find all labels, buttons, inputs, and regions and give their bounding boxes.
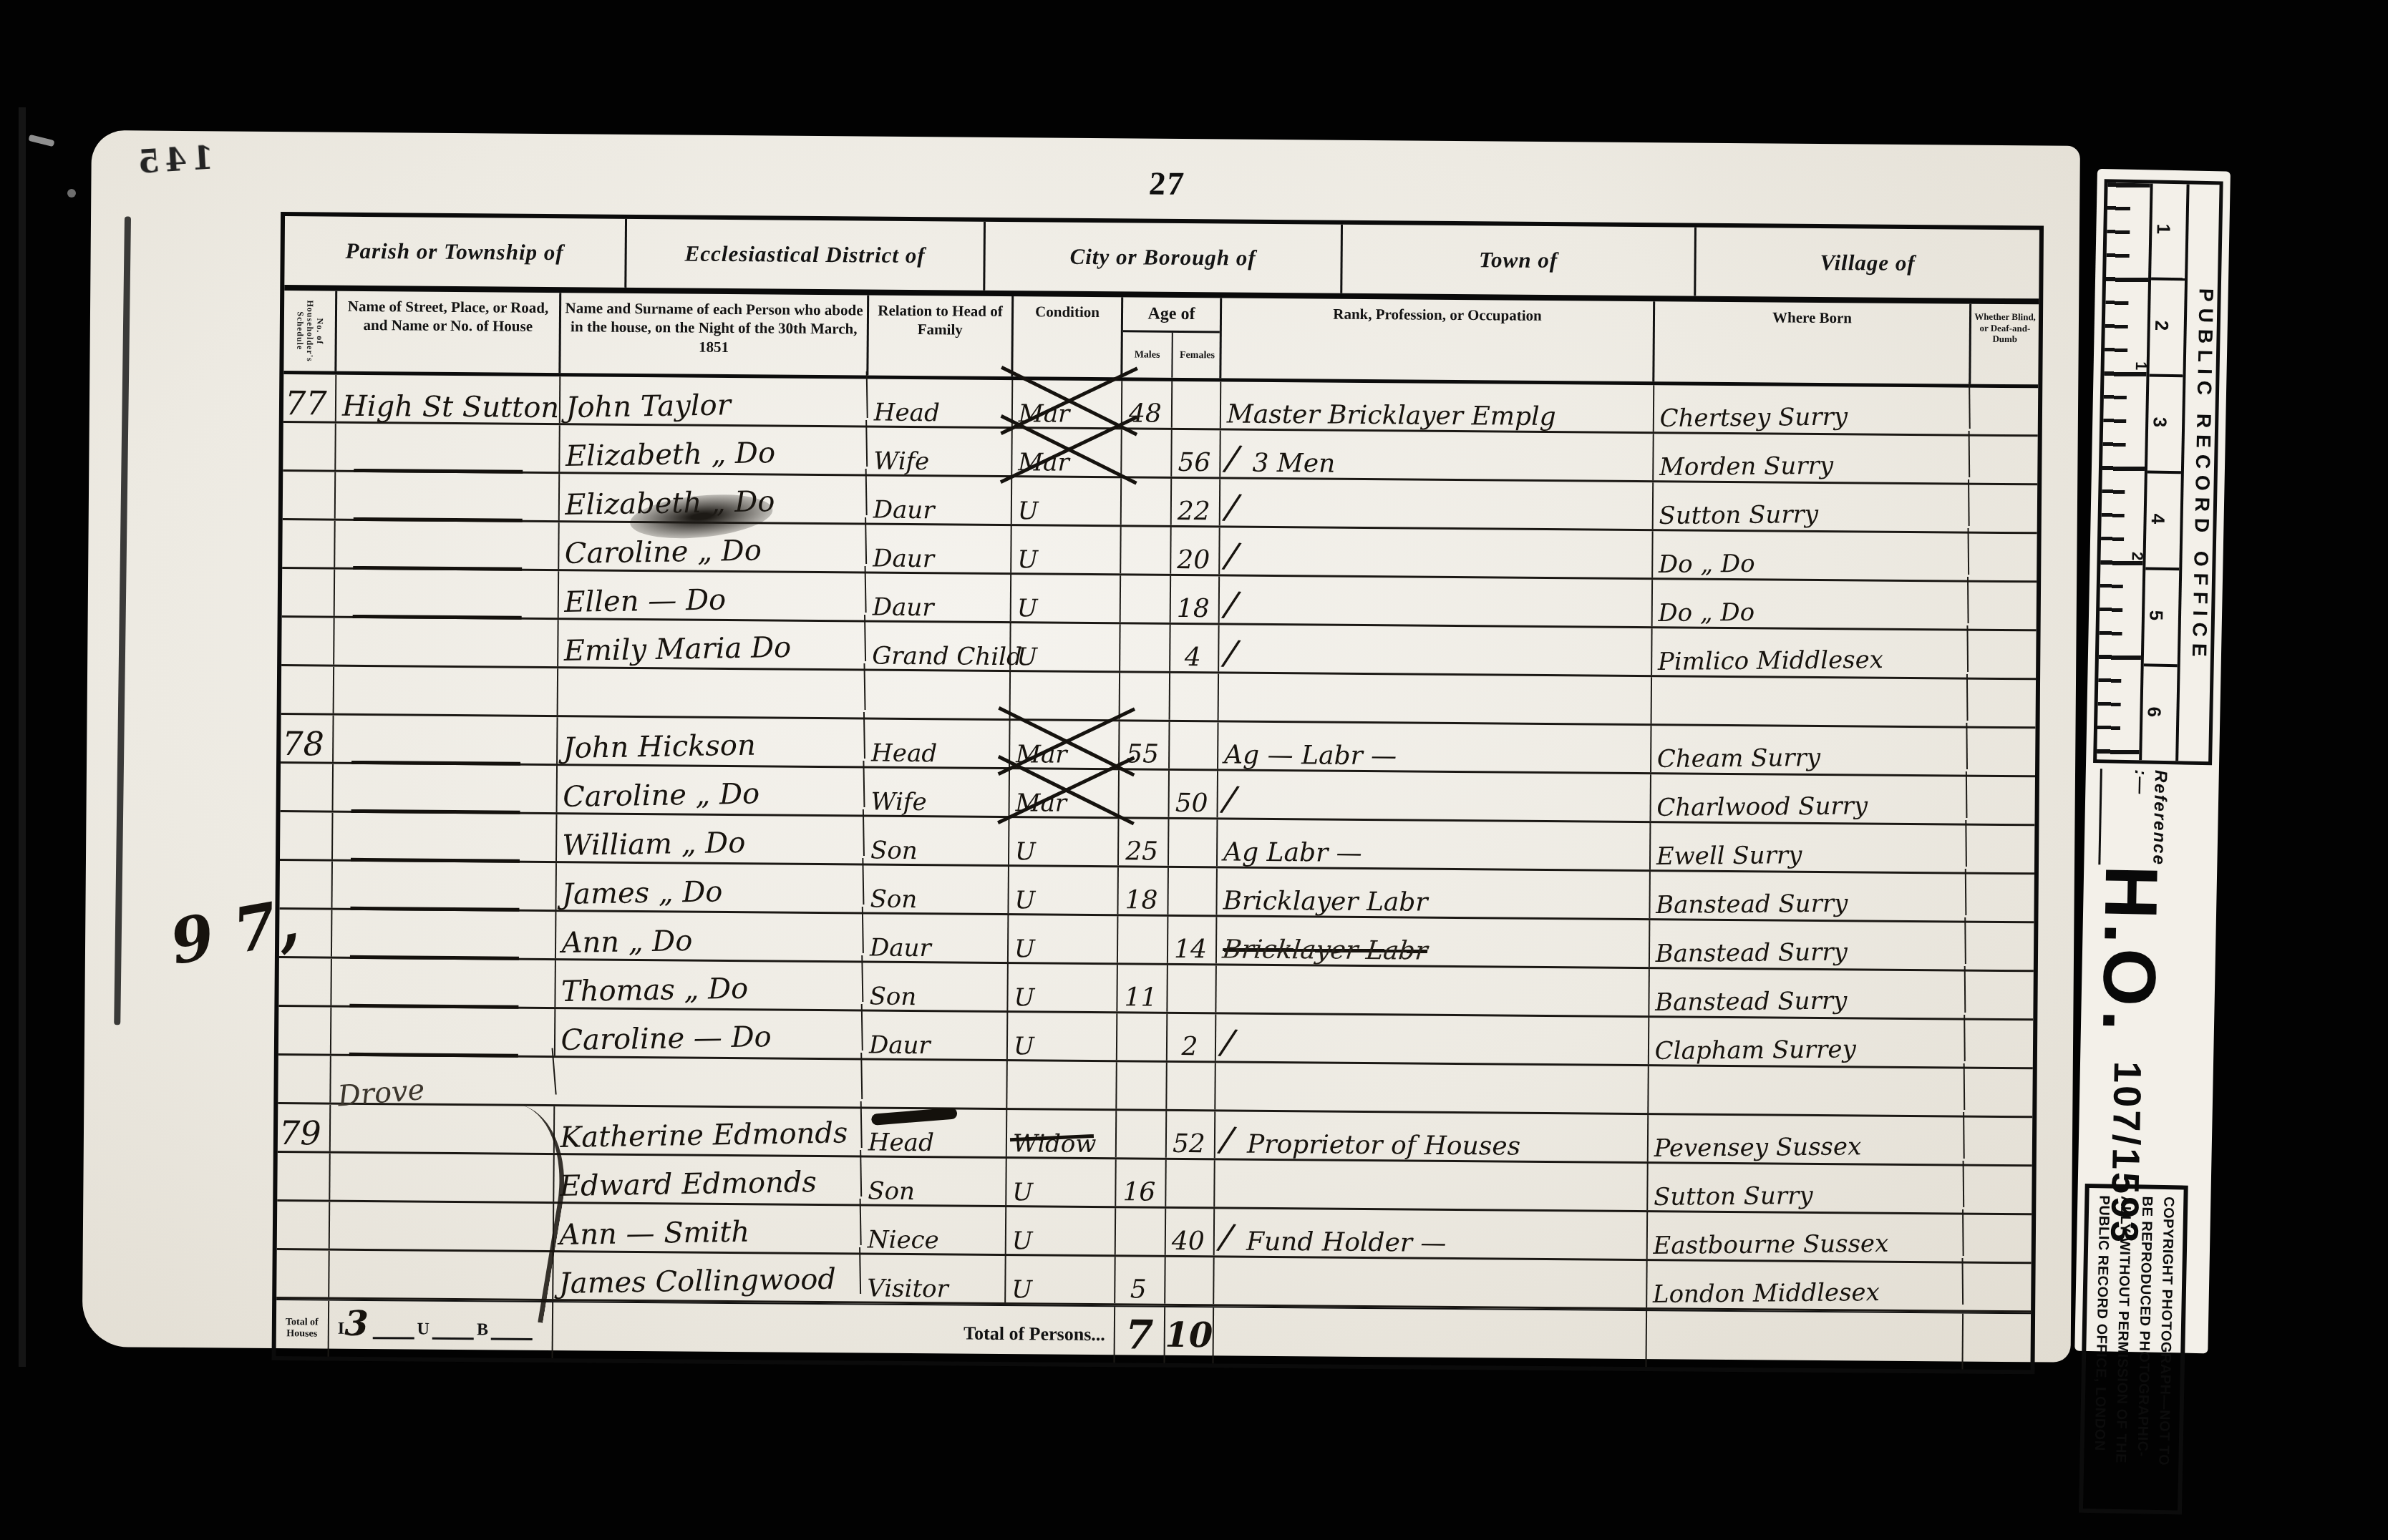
tally-tick-icon: / [1219, 1124, 1234, 1157]
occupation: /3 Men [1220, 430, 1654, 480]
age-female: 4 [1170, 625, 1220, 672]
occupation [1216, 965, 1649, 1015]
street-name [331, 1008, 556, 1056]
age-female [1170, 722, 1219, 769]
where-born: Pimlico Middlesex [1651, 625, 1969, 675]
occupation [1215, 1063, 1649, 1113]
occupation: Ag Labr — [1218, 819, 1651, 869]
relation-to-head: Daur [863, 1012, 1009, 1060]
tally-tick-icon: / [1218, 1221, 1233, 1254]
tally-tick-icon: / [1224, 540, 1239, 573]
paper-fold-shadow [114, 216, 131, 1025]
condition: Mar [1013, 380, 1123, 427]
age-female [1173, 381, 1222, 429]
person-name: Caroline „ Do [556, 761, 865, 812]
ruler-inch-number: 2 [2150, 280, 2185, 377]
person-name [558, 663, 866, 715]
street-name [336, 424, 560, 472]
reference-value: H.O. 107/1593 [2087, 864, 2168, 1246]
age-male [1122, 478, 1173, 525]
relation-to-head: Head [868, 379, 1014, 427]
blind-deaf-cell [1965, 1069, 2033, 1116]
schedule-number [277, 666, 335, 713]
occupation: /Proprietor of Houses [1215, 1111, 1649, 1161]
condition: U [1012, 477, 1122, 525]
condition: Mar [1012, 429, 1122, 476]
street-name [334, 764, 558, 812]
person-name: Edward Edmonds [553, 1150, 862, 1202]
condition: U [1008, 964, 1118, 1011]
street-name: High St Sutton [336, 375, 561, 423]
schedule-number [274, 1007, 332, 1054]
blind-deaf-cell [1964, 1215, 2032, 1262]
column-condition: Condition [1013, 296, 1123, 377]
film-speck [28, 135, 54, 147]
where-born: Cheam Surry [1651, 723, 1968, 772]
where-born: Banstead Surry [1650, 869, 1967, 918]
condition: U [1008, 1013, 1118, 1060]
where-born: London Middlesex [1647, 1258, 1964, 1307]
age-male: 16 [1116, 1159, 1167, 1207]
age-female: 20 [1171, 527, 1220, 575]
header-village: Village of [1696, 228, 2039, 299]
blind-deaf-cell [1969, 583, 2037, 630]
person-name: William „ Do [556, 809, 865, 861]
blank-line [372, 1320, 414, 1339]
column-street: Name of Street, Place, or Road, and Name… [336, 291, 561, 373]
age-male [1120, 770, 1170, 817]
schedule-number [274, 958, 332, 1005]
reference-series: H.O. [2091, 864, 2169, 1036]
condition: U [1009, 867, 1119, 914]
relation-to-head: Daur [867, 525, 1012, 573]
age-female [1167, 1063, 1216, 1110]
blind-deaf-cell [1969, 631, 2037, 678]
age-male [1118, 916, 1169, 963]
age-male [1117, 1111, 1168, 1158]
where-born [1651, 674, 1969, 723]
blank-line [432, 1320, 474, 1339]
occupation: / [1220, 576, 1653, 626]
street-name [332, 910, 557, 958]
age-female [1166, 1160, 1215, 1207]
schedule-number [273, 1202, 331, 1249]
column-blind: Whether Blind, or Deaf-and-Dumb [1971, 304, 2039, 385]
age-male: 25 [1119, 819, 1170, 866]
blind-deaf-cell [1970, 437, 2038, 484]
occupation-text: Fund Holder — [1246, 1230, 1447, 1256]
person-name: John Taylor [560, 371, 868, 423]
street-name [334, 618, 559, 666]
relation-to-head: Son [863, 963, 1009, 1011]
age-female [1169, 819, 1218, 867]
person-name: Ann „ Do [555, 907, 864, 958]
header-town: Town of [1342, 225, 1697, 296]
occupation: / [1220, 527, 1653, 577]
uninhabited-label: U [417, 1320, 429, 1339]
occupation-text: Proprietor of Houses [1247, 1133, 1520, 1159]
person-name: Thomas „ Do [555, 955, 863, 1007]
age-male [1117, 1062, 1168, 1109]
street-name: Drove [330, 1048, 557, 1113]
page-number: 27 [1147, 165, 1186, 203]
column-where-born: Where Born [1654, 301, 1971, 384]
ruler-inch-number: 3 [2147, 376, 2183, 474]
ruler-inch-number: 4 [2146, 473, 2181, 570]
schedule-number [278, 520, 336, 567]
blind-deaf-cell [1970, 485, 2038, 532]
age-female [1165, 1257, 1215, 1305]
relation-to-head: Visitor [861, 1254, 1006, 1302]
where-born: Clapham Surrey [1649, 1015, 1966, 1064]
relation-to-head [866, 671, 1011, 719]
ruler-cm-number: 2 [2128, 552, 2147, 561]
occupation-text: Bricklayer Labr [1223, 889, 1427, 915]
relation-to-head: Head [863, 1109, 1008, 1157]
film-edge-stripe [19, 107, 26, 1367]
occupation: Bricklayer Labr [1217, 868, 1650, 918]
age-female: 56 [1172, 430, 1221, 477]
person-name: James Collingwood [553, 1247, 861, 1299]
relation-to-head: Son [864, 866, 1009, 914]
building-label: B [477, 1320, 488, 1340]
ruler: 12 123456 PUBLIC RECORD OFFICE [2093, 179, 2223, 765]
occupation-text: Bricklayer Labr [1221, 937, 1429, 963]
where-born: Sutton Surry [1653, 479, 1970, 529]
street-name [332, 862, 557, 910]
schedule-number: 77 [279, 374, 337, 421]
relation-to-head: Head [865, 720, 1011, 768]
schedule-number [278, 423, 336, 470]
street-name [334, 667, 559, 715]
age-male [1120, 624, 1171, 671]
condition: Mar [1010, 721, 1120, 768]
header-city: City or Borough of [985, 222, 1343, 293]
tally-tick-icon: / [1220, 1026, 1236, 1060]
where-born: Do „ Do [1652, 577, 1969, 626]
person-name: Caroline — Do [555, 1004, 863, 1056]
relation-to-head: Son [865, 817, 1010, 865]
condition: U [1006, 1207, 1117, 1254]
total-persons-label: Total of Persons... [553, 1302, 1116, 1363]
relation-to-head: Daur [864, 915, 1009, 962]
person-name: Elizabeth „ Do [559, 420, 868, 472]
where-born: Pevensey Sussex [1648, 1112, 1965, 1161]
condition: U [1011, 526, 1122, 573]
tally-tick-icon: / [1223, 637, 1238, 671]
blind-deaf-cell [1969, 680, 2037, 727]
header-ecclesiastical: Ecclesiastical District of [626, 219, 986, 291]
condition [1011, 672, 1121, 719]
film-speck [67, 189, 76, 198]
schedule-number [278, 569, 336, 616]
street-name [331, 959, 556, 1007]
age-male [1116, 1208, 1167, 1255]
total-females-value: 10 [1165, 1307, 1215, 1364]
occupation: /Fund Holder — [1215, 1209, 1648, 1259]
empty-cell [1963, 1314, 2031, 1370]
inhabited-label: I [338, 1319, 345, 1338]
occupation-text: Ag Labr — [1223, 840, 1362, 866]
occupation: Ag — Labr — [1218, 722, 1651, 772]
occupation: / [1218, 771, 1651, 821]
column-relation: Relation to Head of Family [868, 296, 1014, 377]
person-name: Emily Maria Do [558, 615, 866, 666]
where-born [1649, 1063, 1966, 1113]
age-female: 52 [1167, 1111, 1216, 1159]
reference-label: Reference :— [2098, 769, 2170, 866]
street-name [335, 521, 560, 569]
person-name: Ann — Smith [553, 1199, 862, 1250]
relation-to-head: Wife [868, 428, 1013, 476]
ruler-cm-number: 1 [2132, 361, 2150, 371]
age-male: 11 [1117, 965, 1168, 1012]
where-born: Charlwood Surry [1651, 771, 1968, 821]
condition: U [1006, 1256, 1116, 1303]
reference-box: Reference :— H.O. 107/1593 [2085, 763, 2173, 1181]
age-female: 22 [1172, 479, 1221, 526]
age-male [1122, 429, 1173, 477]
occupation [1219, 673, 1652, 723]
tally-tick-icon: / [1223, 588, 1238, 622]
column-age-label: Age of [1123, 297, 1220, 333]
age-male [1121, 575, 1172, 623]
blind-deaf-cell [1964, 1264, 2032, 1311]
relation-to-head: Grand Child [866, 623, 1011, 671]
condition [1007, 1061, 1117, 1108]
schedule-number: 78 [276, 715, 334, 762]
column-schedule: No. of Householder's Schedule [283, 291, 337, 371]
relation-to-head: Wife [865, 769, 1011, 817]
occupation-text: Master Bricklayer Emplg [1227, 402, 1556, 429]
age-female [1170, 673, 1220, 721]
condition: U [1006, 1159, 1117, 1206]
condition: U [1011, 623, 1121, 671]
person-name: Ellen — Do [558, 566, 867, 618]
street-name [333, 813, 558, 861]
occupation-text: 3 Men [1252, 452, 1335, 477]
schedule-number [276, 764, 334, 811]
occupation: / [1216, 1014, 1649, 1064]
age-female [1168, 965, 1217, 1013]
copyright-notice: COPYRIGHT PHOTOGRAPH—NOT TOBE REPRODUCED… [2079, 1184, 2188, 1515]
blind-deaf-cell [1966, 1020, 2034, 1068]
empty-cell [1214, 1307, 1648, 1367]
age-male [1117, 1013, 1168, 1061]
condition: Widow [1007, 1110, 1117, 1157]
age-female: 18 [1171, 576, 1220, 623]
street-name [335, 570, 560, 618]
occupation [1214, 1257, 1647, 1307]
street-name [334, 716, 558, 764]
where-born: Ewell Surry [1650, 820, 1967, 869]
schedule-number [277, 618, 335, 665]
blind-deaf-cell [1964, 1166, 2032, 1214]
column-occupation: Rank, Profession, or Occupation [1221, 298, 1655, 381]
age-male: 18 [1118, 867, 1169, 915]
where-born: Banstead Surry [1649, 966, 1966, 1015]
empty-cell [1646, 1311, 1964, 1369]
street-name [336, 472, 560, 520]
person-name: James „ Do [555, 858, 864, 910]
occupation: / [1219, 625, 1652, 675]
occupation: / [1220, 479, 1654, 529]
where-born: Do „ Do [1653, 528, 1970, 577]
schedule-number [273, 1153, 331, 1200]
blind-deaf-cell [1968, 728, 2036, 776]
location-header-row: Parish or Township of Ecclesiastical Dis… [284, 216, 2039, 304]
condition: Mar [1010, 769, 1120, 817]
schedule-number [278, 472, 336, 519]
relation-to-head: Niece [862, 1206, 1007, 1254]
column-header-row: No. of Householder's Schedule Name of St… [283, 291, 2039, 388]
tally-tick-icon: / [1224, 491, 1239, 525]
person-name: John Hickson [557, 712, 865, 764]
where-born: Chertsey Surry [1654, 382, 1971, 432]
occupation-text: Ag — Labr — [1224, 743, 1397, 769]
relation-to-head: Daur [867, 574, 1012, 622]
column-age: Age of Males Females [1122, 297, 1222, 378]
schedule-number [273, 1056, 331, 1103]
age-female: 14 [1168, 917, 1218, 964]
tally-tick-icon: / [1222, 783, 1237, 817]
column-name: Name and Surname of each Person who abod… [560, 293, 869, 375]
age-male [1121, 527, 1172, 574]
column-age-females: Females [1173, 333, 1221, 379]
where-born: Eastbourne Sussex [1647, 1209, 1964, 1259]
census-sheet: 145 27 Parish or Township of Ecclesiasti… [82, 130, 2080, 1363]
occupation: Bricklayer Labr [1217, 917, 1650, 967]
margin-annotation: 9 7, [166, 892, 303, 973]
where-born: Banstead Surry [1649, 917, 1966, 967]
age-male: 5 [1115, 1257, 1166, 1304]
header-parish: Parish or Township of [284, 216, 627, 288]
bleed-through-folio-number: 145 [132, 140, 215, 181]
age-female: 2 [1168, 1014, 1217, 1061]
blind-deaf-cell [1966, 972, 2034, 1019]
schedule-number [276, 812, 334, 859]
schedule-number: 79 [273, 1104, 331, 1151]
relation-to-head [863, 1061, 1008, 1108]
total-males-value: 7 [1115, 1307, 1166, 1363]
where-born: Morden Surry [1654, 431, 1971, 480]
age-female: 50 [1170, 771, 1219, 818]
ruler-inch-number: 6 [2142, 666, 2177, 761]
ruler-inch-number: 1 [2151, 183, 2186, 281]
blind-deaf-cell [1965, 1118, 2033, 1165]
condition: U [1009, 915, 1119, 962]
person-name: Katherine Edmonds [554, 1101, 863, 1153]
blind-deaf-cell [1967, 777, 2035, 824]
occupation: Master Bricklayer Emplg [1221, 381, 1654, 432]
relation-to-head: Son [862, 1158, 1007, 1206]
blind-deaf-cell [1967, 826, 2035, 873]
blind-deaf-cell [1969, 534, 2037, 581]
person-name [554, 1053, 863, 1104]
condition: U [1009, 818, 1120, 865]
pro-reference-strip: 12 123456 PUBLIC RECORD OFFICE Reference… [2074, 169, 2231, 1353]
schedule-number [272, 1250, 330, 1297]
occupation [1215, 1160, 1648, 1210]
blind-deaf-cell [1966, 923, 2034, 970]
tally-tick-icon: / [1225, 442, 1240, 476]
total-houses-label: Total of Houses [276, 1300, 330, 1357]
blind-deaf-cell [1971, 388, 2039, 435]
blind-deaf-cell [1966, 874, 2034, 922]
age-female [1168, 868, 1218, 915]
microfilm-frame: 9 7, 145 27 Parish or Township of Eccles… [0, 0, 2388, 1540]
ruler-inch-number: 5 [2144, 570, 2179, 667]
blank-line [491, 1320, 533, 1340]
relation-to-head: Daur [868, 477, 1013, 525]
houses-total-value: 3 [344, 1304, 369, 1344]
condition: U [1011, 575, 1122, 622]
where-born: Sutton Surry [1648, 1161, 1965, 1210]
age-female: 40 [1166, 1209, 1215, 1256]
